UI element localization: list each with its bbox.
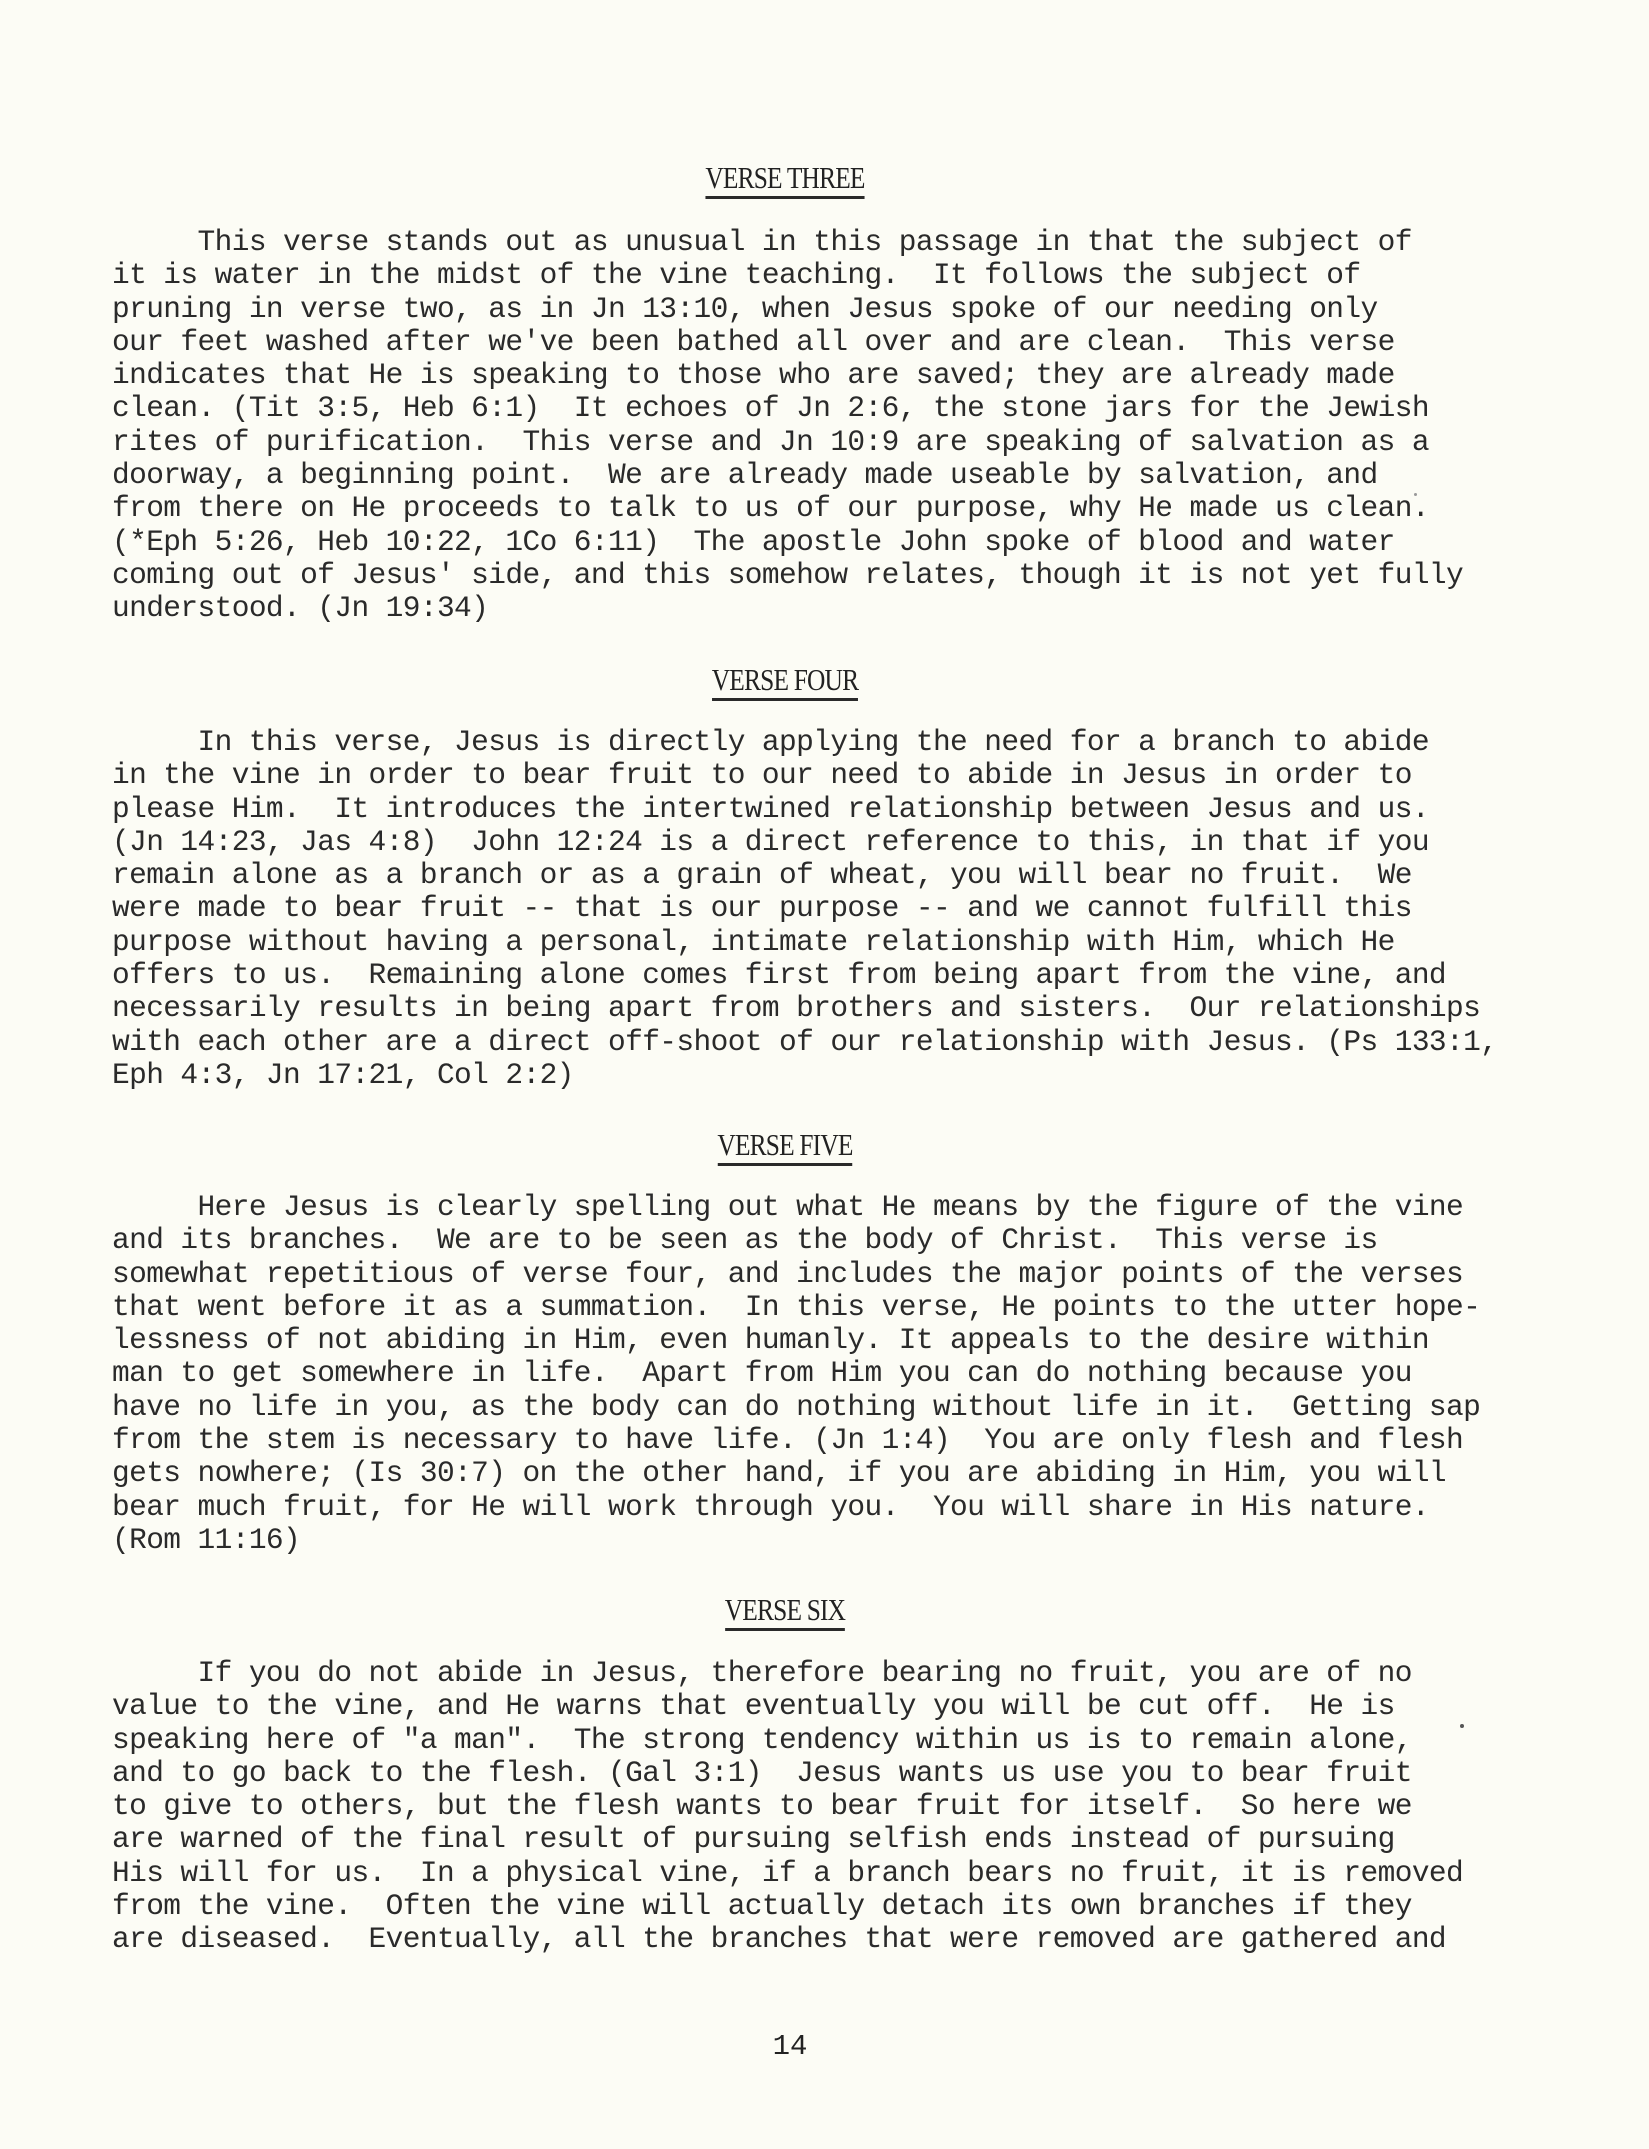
- text-line: value to the vine, and He warns that eve…: [112, 1690, 1512, 1723]
- text-line: and to go back to the flesh. (Gal 3:1) J…: [112, 1757, 1512, 1790]
- text-line: necessarily results in being apart from …: [112, 992, 1512, 1025]
- text-line: His will for us. In a physical vine, if …: [112, 1857, 1512, 1890]
- paragraph-verse-three: This verse stands out as unusual in this…: [112, 226, 1512, 626]
- text-line: are diseased. Eventually, all the branch…: [112, 1923, 1512, 1956]
- text-line: If you do not abide in Jesus, therefore …: [112, 1657, 1512, 1690]
- text-line: clean. (Tit 3:5, Heb 6:1) It echoes of J…: [112, 392, 1512, 425]
- text-line: our feet washed after we've been bathed …: [112, 326, 1512, 359]
- text-line: understood. (Jn 19:34): [112, 592, 1512, 625]
- text-line: and its branches. We are to be seen as t…: [112, 1224, 1512, 1257]
- text-line: in the vine in order to bear fruit to ou…: [112, 759, 1512, 792]
- heading-text: VERSE SIX: [725, 1592, 845, 1631]
- section-heading-verse-six: VERSE SIX: [141, 1592, 1428, 1628]
- scan-speck: [1414, 493, 1417, 496]
- text-line: speaking here of "a man". The strong ten…: [112, 1724, 1512, 1757]
- text-line: are warned of the final result of pursui…: [112, 1823, 1512, 1856]
- text-line: somewhat repetitious of verse four, and …: [112, 1258, 1512, 1291]
- text-line: This verse stands out as unusual in this…: [112, 226, 1512, 259]
- text-line: coming out of Jesus' side, and this some…: [112, 559, 1512, 592]
- scan-speck: [1460, 1724, 1464, 1728]
- heading-text: VERSE FOUR: [712, 662, 858, 701]
- text-line: from there on He proceeds to talk to us …: [112, 492, 1512, 525]
- text-line: Here Jesus is clearly spelling out what …: [112, 1191, 1512, 1224]
- text-line: Eph 4:3, Jn 17:21, Col 2:2): [112, 1059, 1512, 1092]
- text-line: have no life in you, as the body can do …: [112, 1391, 1512, 1424]
- section-heading-verse-three: VERSE THREE: [141, 160, 1428, 196]
- text-line: remain alone as a branch or as a grain o…: [112, 859, 1512, 892]
- text-line: were made to bear fruit -- that is our p…: [112, 892, 1512, 925]
- text-line: (Rom 11:16): [112, 1524, 1512, 1557]
- text-line: man to get somewhere in life. Apart from…: [112, 1357, 1512, 1390]
- text-line: purpose without having a personal, intim…: [112, 926, 1512, 959]
- text-line: rites of purification. This verse and Jn…: [112, 426, 1512, 459]
- text-line: to give to others, but the flesh wants t…: [112, 1790, 1512, 1823]
- text-line: (*Eph 5:26, Heb 10:22, 1Co 6:11) The apo…: [112, 526, 1512, 559]
- text-line: doorway, a beginning point. We are alrea…: [112, 459, 1512, 492]
- text-line: indicates that He is speaking to those w…: [112, 359, 1512, 392]
- text-line: offers to us. Remaining alone comes firs…: [112, 959, 1512, 992]
- text-line: that went before it as a summation. In t…: [112, 1291, 1512, 1324]
- text-line: gets nowhere; (Is 30:7) on the other han…: [112, 1457, 1512, 1490]
- text-line: (Jn 14:23, Jas 4:8) John 12:24 is a dire…: [112, 826, 1512, 859]
- paragraph-verse-four: In this verse, Jesus is directly applyin…: [112, 726, 1512, 1092]
- heading-text: VERSE FIVE: [717, 1127, 852, 1166]
- section-heading-verse-four: VERSE FOUR: [141, 662, 1428, 698]
- section-heading-verse-five: VERSE FIVE: [141, 1127, 1428, 1163]
- text-line: please Him. It introduces the intertwine…: [112, 793, 1512, 826]
- text-line: it is water in the midst of the vine tea…: [112, 259, 1512, 292]
- text-line: bear much fruit, for He will work throug…: [112, 1491, 1512, 1524]
- document-page: VERSE THREE This verse stands out as unu…: [0, 0, 1649, 2149]
- text-line: with each other are a direct off-shoot o…: [112, 1026, 1512, 1059]
- heading-text: VERSE THREE: [705, 160, 864, 199]
- text-line: In this verse, Jesus is directly applyin…: [112, 726, 1512, 759]
- text-line: from the stem is necessary to have life.…: [112, 1424, 1512, 1457]
- paragraph-verse-six: If you do not abide in Jesus, therefore …: [112, 1657, 1512, 1957]
- text-line: from the vine. Often the vine will actua…: [112, 1890, 1512, 1923]
- page-number: 14: [0, 2030, 1580, 2063]
- text-line: pruning in verse two, as in Jn 13:10, wh…: [112, 293, 1512, 326]
- text-line: lessness of not abiding in Him, even hum…: [112, 1324, 1512, 1357]
- paragraph-verse-five: Here Jesus is clearly spelling out what …: [112, 1191, 1512, 1557]
